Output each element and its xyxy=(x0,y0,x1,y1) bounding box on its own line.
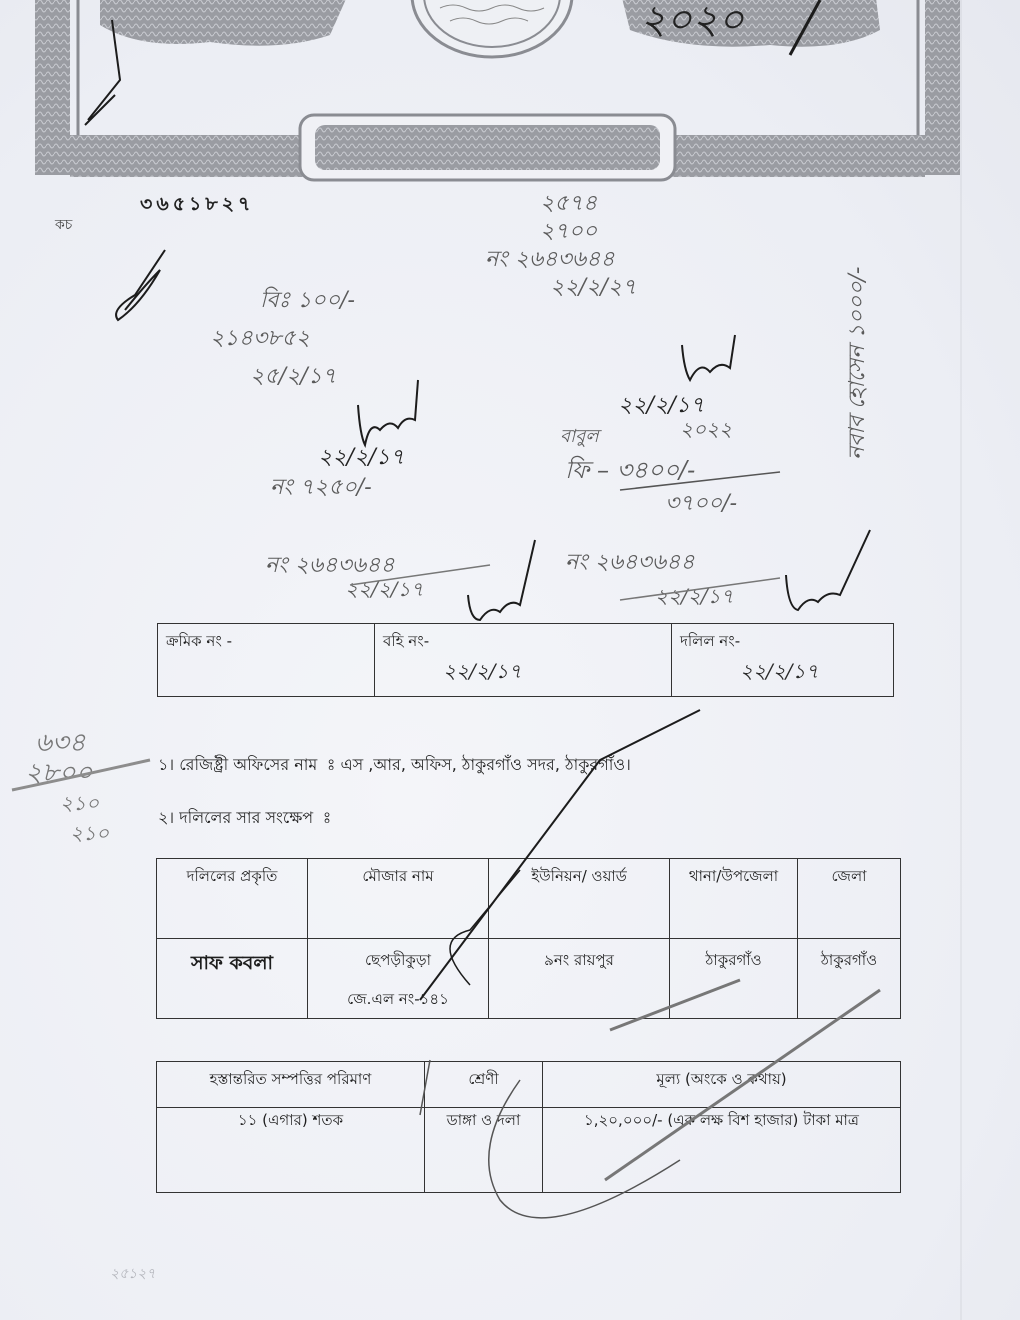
hw-line: ২৭০০ xyxy=(540,218,636,246)
handwritten-top-center: ২৫৭৪ ২৭০০ নং ২৬৪৩৬৪৪ ২২/২/২৭ xyxy=(540,190,636,302)
price-value: ১,২০,০০০/- (এক লক্ষ বিশ হাজার) টাকা মাত্… xyxy=(543,1108,901,1193)
mouza-cell: ছেপড়ীকুড়া জে.এল নং-১৪১ xyxy=(308,939,489,1019)
handwritten-right-name: বাবুল xyxy=(560,422,599,453)
hw-line: ২৮০০ xyxy=(25,758,109,788)
hw-line: বিঃ ১০০/- xyxy=(260,282,355,320)
deed-page: ২০২০ ৩৬৫১৮২৭ কচ ২৫৭৪ ২৭০০ নং ২৬৪৩৬৪৪ ২২/… xyxy=(0,0,1020,1320)
quantity-value: ১১ (এগার) শতক xyxy=(157,1108,425,1193)
hw-line: ২১৪৩৮৫২ xyxy=(210,320,355,358)
jl-no-value: জে.এল নং-১৪১ xyxy=(309,988,487,1013)
header-value: মূল্য (অংকে ও কথায়) xyxy=(543,1062,901,1108)
handwritten-vertical-note: নবাব হোসেন ১০০০/- xyxy=(840,267,877,460)
book-no-value: ২২/২/১৭ xyxy=(443,657,663,690)
table-header-row: দলিলের প্রকৃতি মৌজার নাম ইউনিয়ন/ ওয়ার্… xyxy=(157,859,901,939)
serial-no-label: ক্রমিক নং - xyxy=(166,632,232,650)
header-thana: থানা/উপজেলা xyxy=(670,859,798,939)
hw-line: ২২/২/২৭ xyxy=(550,274,636,302)
deed-summary-table: দলিলের প্রকৃতি মৌজার নাম ইউনিয়ন/ ওয়ার্… xyxy=(156,858,901,1019)
initial-signature-icon xyxy=(116,250,165,320)
deed-summary-line: ২। দলিলের সার সংক্ষেপ ঃ xyxy=(158,805,331,832)
signature-icon xyxy=(682,335,735,380)
header-quantity: হস্তান্তরিত সম্পত্তির পরিমাণ xyxy=(157,1062,425,1108)
hw-line: ২৫/২/১৭ xyxy=(250,358,355,396)
header-mouza: মৌজার নাম xyxy=(308,859,489,939)
hw-line: ২১০ xyxy=(70,818,109,848)
class-value: ডাঙ্গা ও দলা xyxy=(425,1108,543,1193)
hw-line: ৬৩৪ xyxy=(35,728,109,758)
union-value: ৯নং রায়পুর xyxy=(489,939,670,1019)
handwritten-margin-left: ৬৩৪ ২৮০০ ২১০ ২১০ xyxy=(10,728,109,848)
table-row: ১১ (এগার) শতক ডাঙ্গা ও দলা ১,২০,০০০/- (এ… xyxy=(157,1108,901,1193)
header-deed-type: দলিলের প্রকৃতি xyxy=(157,859,308,939)
handwritten-left-code: নং ৭২৫০/- xyxy=(270,470,372,507)
handwritten-top-right: ২০২০ xyxy=(640,0,744,55)
serial-no-cell: ক্রমিক নং - xyxy=(158,624,375,697)
signature-icon xyxy=(786,530,870,610)
table-row: সাফ কবলা ছেপড়ীকুড়া জে.এল নং-১৪১ ৯নং রা… xyxy=(157,939,901,1019)
handwritten-right-year: ২০২২ xyxy=(680,415,732,448)
fold-line xyxy=(960,0,962,1320)
deed-type-value: সাফ কবলা xyxy=(157,939,308,1019)
handwritten-left-block: বিঃ ১০০/- ২১৪৩৮৫২ ২৫/২/১৭ xyxy=(210,282,355,396)
deed-no-value: ২২/২/১৭ xyxy=(740,657,885,690)
table-header-row: হস্তান্তরিত সম্পত্তির পরিমাণ শ্রেণী মূল্… xyxy=(157,1062,901,1108)
signature-icon xyxy=(358,380,418,445)
stamp-serial-number: ৩৬৫১৮২৭ xyxy=(140,190,254,222)
mouza-value: ছেপড়ীকুড়া xyxy=(309,949,487,974)
handwritten-bottom-right-number: নং ২৬৪৩৬৪৪ xyxy=(565,545,695,582)
property-table: হস্তান্তরিত সম্পত্তির পরিমাণ শ্রেণী মূল্… xyxy=(156,1061,901,1193)
book-no-cell: বহি নং- ২২/২/১৭ xyxy=(375,624,672,697)
signature-icon xyxy=(468,540,535,620)
handwritten-fee-total: ৩৭০০/- xyxy=(665,486,737,523)
thana-value: ঠাকুরগাঁও xyxy=(670,939,798,1019)
deed-summary-label: ২। দলিলের সার সংক্ষেপ xyxy=(158,808,313,827)
header-union: ইউনিয়ন/ ওয়ার্ড xyxy=(489,859,670,939)
registry-office-value: এস ,আর, অফিস, ঠাকুরগাঁও সদর, ঠাকুরগাঁও। xyxy=(340,755,630,774)
district-value: ঠাকুরগাঁও xyxy=(798,939,901,1019)
registry-office-label: ১। রেজিষ্ট্রী অফিসের নাম xyxy=(158,755,317,774)
handwritten-bottom-left-date: ২২/২/১৭ xyxy=(345,575,423,608)
deed-no-cell: দলিল নং- ২২/২/১৭ xyxy=(672,624,894,697)
faint-footer-note: ২৫১২৭ xyxy=(110,1262,155,1286)
registry-office-line: ১। রেজিষ্ট্রী অফিসের নাম ঃ এস ,আর, অফিস,… xyxy=(158,752,631,779)
stamp-paper-border xyxy=(30,0,965,185)
registration-number-table: ক্রমিক নং - বহি নং- ২২/২/১৭ দলিল নং- ২২/… xyxy=(157,623,894,697)
hw-line: ২৫৭৪ xyxy=(540,190,636,218)
hw-line: ২১০ xyxy=(60,788,109,818)
header-district: জেলা xyxy=(798,859,901,939)
deed-no-label: দলিল নং- xyxy=(680,632,740,650)
book-no-label: বহি নং- xyxy=(383,632,429,650)
stamp-series: কচ xyxy=(55,213,72,237)
hw-line: নং ২৬৪৩৬৪৪ xyxy=(485,246,636,274)
handwritten-bottom-right-date: ২২/২/১৭ xyxy=(655,582,733,615)
header-class: শ্রেণী xyxy=(425,1062,543,1108)
